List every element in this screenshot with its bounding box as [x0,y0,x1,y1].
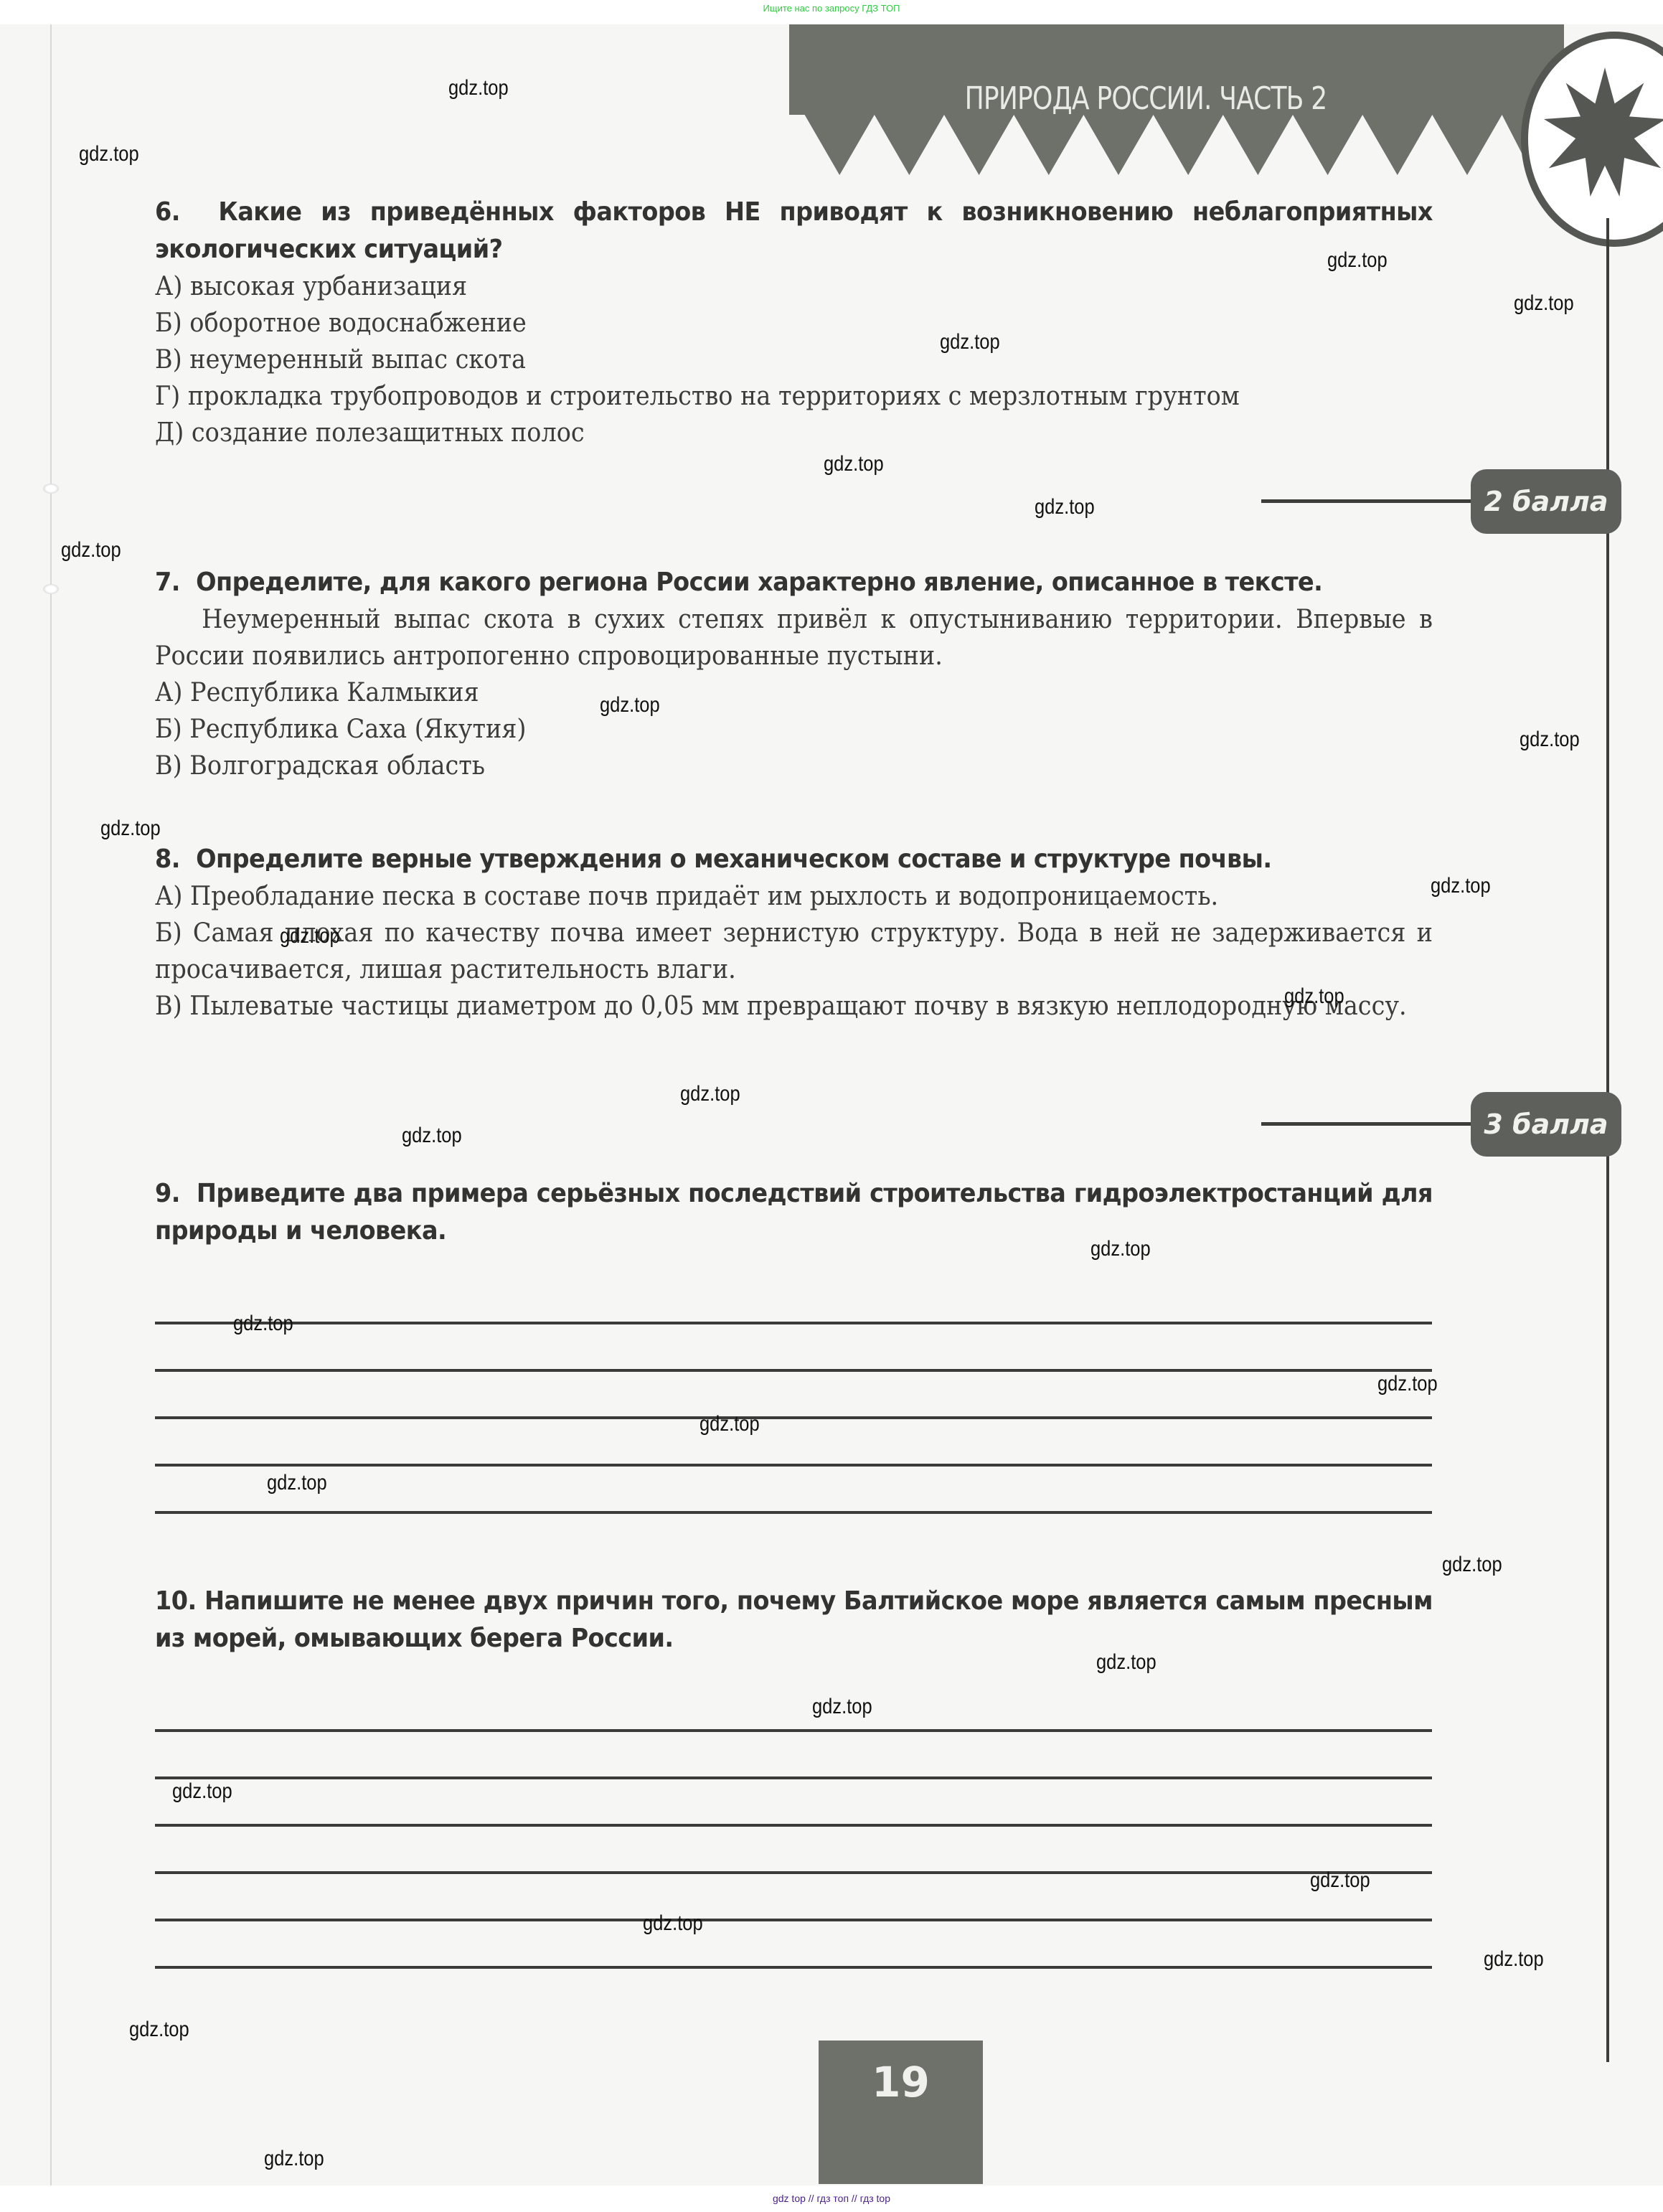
watermark: gdz.top [1442,1553,1502,1577]
question-title: 9. Приведите два примера серьёзных после… [155,1175,1433,1250]
watermark: gdz.top [600,693,660,717]
answer-line[interactable] [155,1729,1432,1732]
watermark: gdz.top [79,142,139,166]
watermark: gdz.top [812,1695,872,1719]
answer-line[interactable] [155,1871,1432,1874]
answer-line[interactable] [155,1966,1432,1969]
question-text: Неумеренный выпас скота в сухих степях п… [155,601,1433,674]
answer-line[interactable] [155,1919,1432,1921]
question-title: 6. Какие из приведённых факторов НЕ прив… [155,194,1433,268]
option-b: Б) оборотное водоснабжение [155,305,1433,342]
watermark: gdz.top [1310,1868,1370,1893]
question-9: 9. Приведите два примера серьёзных после… [155,1175,1432,1558]
question-10: 10. Напишите не менее двух причин того, … [155,1583,1432,2013]
watermark: gdz.top [100,816,161,841]
badge-connector [1261,1122,1474,1126]
answer-line[interactable] [155,1464,1432,1467]
footer-note: gdz top // гдз топ // гдз top [0,2193,1663,2204]
watermark: gdz.top [1377,1372,1438,1396]
score-badge-3: 3 балла [1471,1092,1621,1157]
watermark: gdz.top [129,2018,189,2042]
watermark: gdz.top [61,538,121,563]
answer-line[interactable] [155,1511,1432,1514]
question-8: 8. Определите верные утверждения о механ… [155,841,1432,1025]
answer-line[interactable] [155,1369,1432,1372]
page-title: ПРИРОДА РОССИИ. ЧАСТЬ 2 [940,80,1352,117]
watermark: gdz.top [699,1412,760,1436]
watermark: gdz.top [1090,1237,1151,1261]
page-spine [50,24,52,2185]
option-b: Б) Республика Саха (Якутия) [155,711,1433,748]
watermark: gdz.top [402,1124,462,1148]
watermark: gdz.top [233,1312,293,1336]
watermark: gdz.top [1035,495,1095,519]
watermark: gdz.top [264,2147,324,2171]
watermark: gdz.top [680,1082,740,1106]
watermark: gdz.top [1284,984,1344,1009]
page-number: 19 [819,2058,983,2107]
option-v: В) Волгоградская область [155,748,1433,784]
watermark: gdz.top [1096,1650,1156,1675]
watermark: gdz.top [1431,874,1491,898]
question-7: 7. Определите, для какого региона России… [155,564,1432,784]
option-a: А) Преобладание песка в составе почв при… [155,878,1433,915]
watermark: gdz.top [1484,1947,1544,1972]
score-badge-2: 2 балла [1471,469,1621,534]
option-a: А) Республика Калмыкия [155,674,1433,711]
watermark: gdz.top [1514,291,1574,316]
watermark: gdz.top [267,1471,327,1495]
option-a: А) высокая урбанизация [155,268,1433,305]
question-title: 10. Напишите не менее двух причин того, … [155,1583,1433,1657]
option-v: В) неумеренный выпас скота [155,342,1433,378]
watermark: gdz.top [448,76,509,100]
watermark: gdz.top [1520,728,1580,752]
watermark: gdz.top [940,330,1000,354]
top-promo-note: Ищите нас по запросу ГДЗ ТОП [0,3,1663,14]
watermark: gdz.top [280,924,340,949]
staple-icon [43,484,59,494]
watermark: gdz.top [824,452,884,476]
watermark: gdz.top [172,1779,232,1804]
answer-line[interactable] [155,1416,1432,1419]
option-g: Г) прокладка трубопроводов и строительст… [155,378,1433,415]
option-d: Д) создание полезащитных полос [155,415,1433,451]
answer-lines [155,1729,1432,1969]
answer-line[interactable] [155,1776,1432,1779]
option-v: В) Пылеватые частицы диаметром до 0,05 м… [155,988,1433,1025]
watermark: gdz.top [643,1911,703,1936]
answer-lines [155,1322,1432,1514]
watermark: gdz.top [1327,248,1388,273]
option-b: Б) Самая плохая по качеству почва имеет … [155,915,1433,988]
question-6: 6. Какие из приведённых факторов НЕ прив… [155,194,1432,451]
badge-connector [1261,499,1474,503]
workbook-page: ПРИРОДА РОССИИ. ЧАСТЬ 2 2 балла 3 балла … [0,24,1663,2185]
question-title: 8. Определите верные утверждения о механ… [155,841,1433,878]
staple-icon [43,584,59,594]
answer-line[interactable] [155,1322,1432,1324]
answer-line[interactable] [155,1824,1432,1827]
question-title: 7. Определите, для какого региона России… [155,564,1433,601]
